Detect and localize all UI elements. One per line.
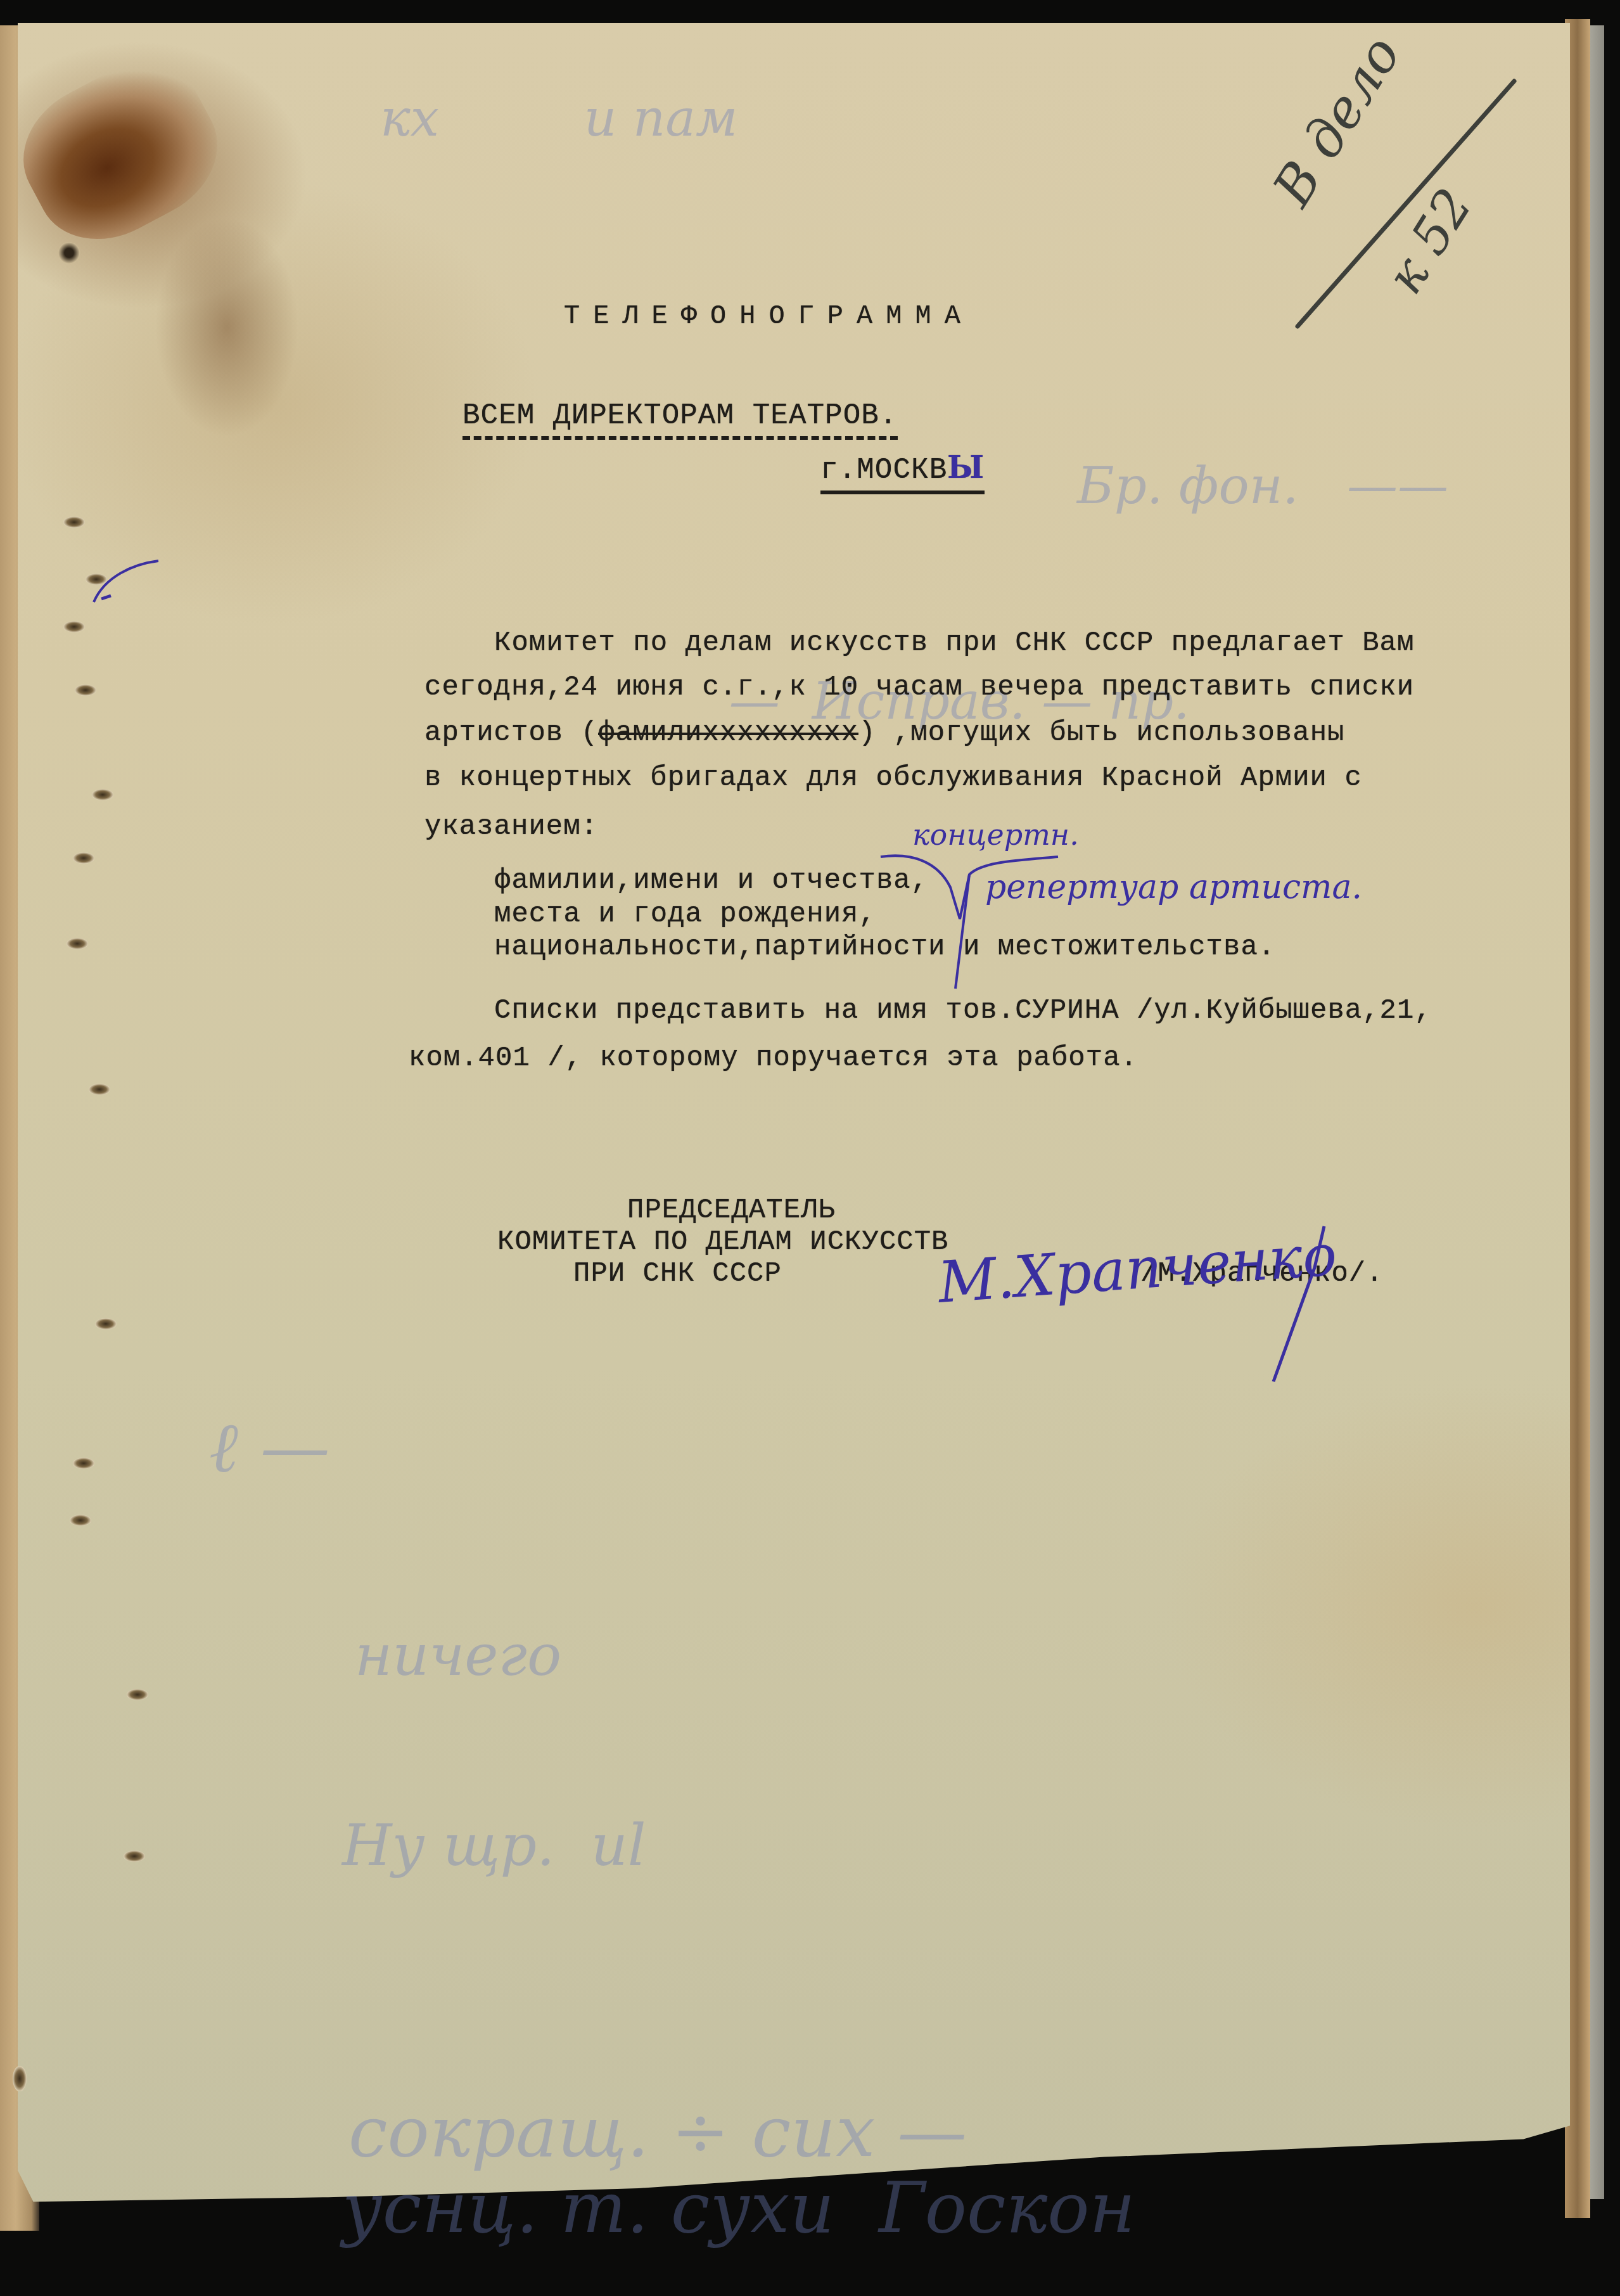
punch-hole <box>124 1850 145 1862</box>
body-line-3-start: артистов ( <box>424 717 598 749</box>
faded-bleedthrough: уснц. т. сухи Госкон <box>342 2167 1135 2248</box>
body-line-3: артистов (фамилиххххххххх) ,могущих быть… <box>424 717 1344 749</box>
signature-flourish <box>1261 1223 1337 1388</box>
punch-hole <box>13 2066 27 2091</box>
document-title: ТЕЛЕФОНОГРАММА <box>564 301 974 331</box>
pencil-diagonal-stroke <box>1292 76 1521 330</box>
signatory-title-3: ПРИ СНК СССР <box>573 1258 782 1290</box>
faded-bleedthrough: Бр. фон. —— <box>1077 456 1448 515</box>
body-line-3-end: ) ,могущих быть использованы <box>858 717 1344 749</box>
punch-hole <box>75 684 96 696</box>
punch-hole <box>92 789 113 800</box>
punch-hole <box>70 1515 91 1526</box>
page-stack-edge-back <box>1590 25 1604 2199</box>
punch-hole <box>63 516 85 528</box>
list-item-2: места и года рождения, <box>494 899 876 930</box>
signatory-title-2: КОМИТЕТА ПО ДЕЛАМ ИСКУССТВ <box>497 1226 949 1258</box>
body-line-4: в концертных бригадах для обслуживания К… <box>424 762 1362 794</box>
margin-arrow-mark <box>89 558 165 608</box>
addressee: ВСЕМ ДИРЕКТОРАМ ТЕАТРОВ. <box>462 399 898 440</box>
para2-line-2: ком.401 /, которому поручается эта работ… <box>409 1042 1138 1074</box>
faded-bleedthrough: кх и пам <box>380 89 737 148</box>
city-line: г.МОСКВЫ <box>820 450 985 494</box>
punch-hole <box>73 1458 94 1469</box>
body-line-1: Комитет по делам искусств при СНК СССР п… <box>494 627 1414 659</box>
punch-hole <box>95 1318 117 1330</box>
burn-hole <box>58 242 80 264</box>
faded-bleedthrough: сокращ. ÷ сих — <box>348 2091 967 2172</box>
punch-hole <box>73 852 94 864</box>
struck-out-text: фамилиххххххххх <box>598 717 858 749</box>
punch-hole <box>67 938 88 949</box>
body-line-5: указанием: <box>424 811 598 843</box>
city-typed: г.МОСКВ <box>820 454 947 487</box>
punch-hole <box>63 621 85 632</box>
handwritten-insert-above: концертн. <box>912 818 1079 852</box>
punch-hole <box>127 1689 148 1700</box>
insertion-caret-mark <box>874 849 1064 1001</box>
document-sheet <box>18 23 1570 2260</box>
faded-bleedthrough: ничего <box>355 1622 597 1689</box>
faded-bleedthrough: ℓ — <box>209 1407 330 1489</box>
body-line-2: сегодня,24 июня с.г.,к 10 часам вечера п… <box>424 672 1414 703</box>
city-ink-correction: Ы <box>947 450 985 485</box>
punch-hole <box>89 1084 110 1095</box>
signatory-title-1: ПРЕДСЕДАТЕЛЬ <box>627 1195 836 1226</box>
faded-bleedthrough: Ну щр. ul <box>342 1812 646 1879</box>
list-item-1: фамилии,имени и отчества, <box>494 865 928 897</box>
